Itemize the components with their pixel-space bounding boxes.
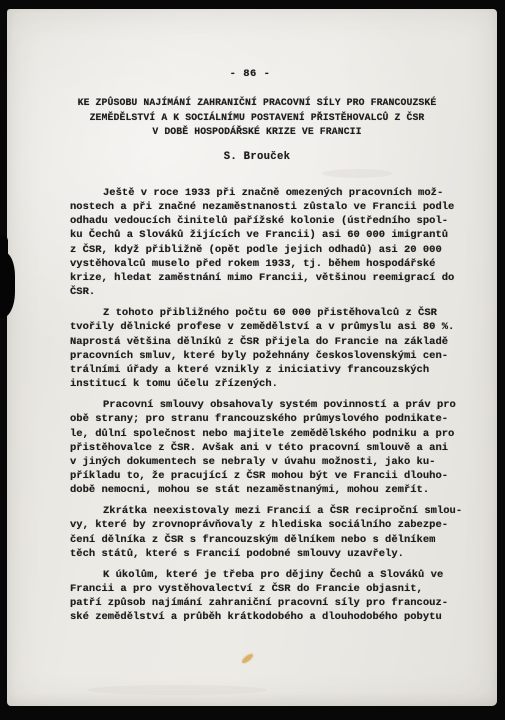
paragraph-1: Ještě v roce 1933 při značně omezených p…	[70, 186, 462, 299]
scan-background: - 86 - KE ZPŮSOBU NAJÍMÁNÍ ZAHRANIČNÍ PR…	[0, 0, 505, 720]
author-name: S. Brouček	[68, 151, 446, 163]
paragraph-2: Z tohoto přibližného počtu 60 000 přistě…	[70, 306, 462, 391]
paragraph-3: Pracovní smlouvy obsahovaly systém povin…	[70, 398, 462, 497]
document-title: KE ZPŮSOBU NAJÍMÁNÍ ZAHRANIČNÍ PRACOVNÍ …	[68, 96, 446, 140]
page-number: - 86 -	[45, 68, 455, 80]
paper-smudge	[87, 685, 267, 695]
paper-smudge	[322, 169, 392, 178]
document-body: Ještě v roce 1933 při značně omezených p…	[70, 186, 462, 632]
paragraph-4: Zkrátka neexistovaly mezi Francií a ČSR …	[70, 504, 462, 561]
paragraph-5: K úkolům, které je třeba pro dějiny Čech…	[70, 568, 462, 625]
